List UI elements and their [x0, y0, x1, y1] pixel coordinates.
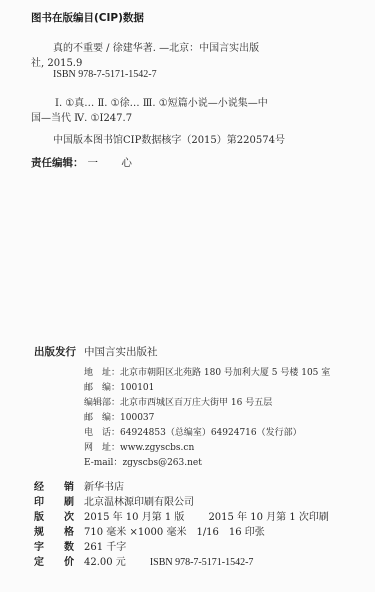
editorial-postcode-label: 邮 编：	[84, 410, 120, 423]
cip-record-number: 中国版本图书馆CIP数据核字（2015）第220574号	[53, 131, 285, 146]
spec-value: 新华书店	[84, 478, 124, 493]
phone-label: 电 话：	[84, 425, 120, 438]
editorial-postcode-value: 100037	[120, 413, 154, 423]
editorial-office-value: 北京市西城区百万庄大街甲 16 号五层	[120, 398, 272, 408]
website-value: www.zgyscbs.cn	[120, 443, 194, 453]
publisher-phone: 电 话：64924853（总编室）64924716（发行部）	[84, 425, 302, 438]
address-value: 北京市朝阳区北苑路 180 号加利大厦 5 号楼 105 室	[120, 368, 330, 378]
address-label: 地 址：	[84, 365, 120, 378]
spec-key: 格	[64, 523, 74, 538]
spec-value: 261 千字	[84, 538, 126, 553]
website-label: 网 址：	[84, 440, 120, 453]
postcode-value: 100101	[120, 383, 154, 393]
word-count-value: 261 千字	[84, 542, 126, 553]
cip-title-line: 真的不重要 / 徐建华著. —北京：中国言实出版	[53, 39, 259, 54]
cip-classification-line-2: 国—当代 Ⅳ. ①I247.7	[31, 109, 132, 124]
price-value: 42.00 元	[84, 557, 126, 568]
spec-key: 定	[34, 553, 44, 568]
publisher-email: E-mail：zgyscbs@263.net	[84, 455, 202, 468]
spec-key: 次	[64, 508, 74, 523]
spec-key: 销	[64, 478, 74, 493]
editor-name: 一 心	[88, 157, 142, 169]
postcode-label: 邮 编：	[84, 380, 120, 393]
email-label: E-mail：	[84, 455, 122, 468]
edition-value: 2015 年 10 月第 1 版	[84, 512, 184, 523]
editorial-postcode: 邮 编：100037	[84, 410, 154, 423]
isbn-value: ISBN 978-7-5171-1542-7	[150, 557, 254, 568]
printing-value: 2015 年 10 月第 1 次印刷	[208, 512, 328, 523]
spec-key: 价	[64, 553, 74, 568]
publisher-address: 地 址：北京市朝阳区北苑路 180 号加利大厦 5 号楼 105 室	[84, 365, 330, 378]
spec-key: 刷	[64, 493, 74, 508]
spec-value: 2015 年 10 月第 1 版2015 年 10 月第 1 次印刷	[84, 508, 329, 523]
publisher-postcode: 邮 编：100101	[84, 380, 154, 393]
editorial-office: 编辑部：北京市西城区百万庄大街甲 16 号五层	[84, 395, 272, 408]
printer-value: 北京温林源印刷有限公司	[84, 497, 194, 508]
spec-value: 710 毫米 ×1000 毫米 1/16 16 印张	[84, 523, 265, 538]
publisher-website: 网 址：www.zgyscbs.cn	[84, 440, 194, 453]
publisher-name: 中国言实出版社	[84, 344, 158, 359]
format-value: 710 毫米 ×1000 毫米 1/16 16 印张	[84, 527, 265, 538]
cip-classification-line: Ⅰ. ①真… Ⅱ. ①徐… Ⅲ. ①短篇小说—小说集—中	[55, 94, 268, 109]
responsible-editor: 责任编辑：一 心	[31, 155, 142, 170]
spec-key: 经	[34, 478, 44, 493]
cip-publisher-line: 社, 2015.9	[31, 54, 82, 69]
spec-value: 42.00 元ISBN 978-7-5171-1542-7	[84, 553, 253, 568]
spec-key: 印	[34, 493, 44, 508]
phone-value: 64924853（总编室）64924716（发行部）	[120, 428, 302, 438]
spec-key: 字	[34, 538, 44, 553]
spec-key: 数	[64, 538, 74, 553]
email-value: zgyscbs@263.net	[122, 458, 201, 468]
editorial-office-label: 编辑部：	[84, 395, 120, 408]
publisher-label: 出版发行	[34, 344, 76, 359]
spec-key: 规	[34, 523, 44, 538]
spec-key: 版	[34, 508, 44, 523]
editor-label: 责任编辑：	[31, 157, 84, 169]
cip-heading: 图书在版编目(CIP)数据	[31, 10, 144, 25]
distributor-value: 新华书店	[84, 482, 124, 493]
cip-isbn-line: ISBN 978-7-5171-1542-7	[53, 69, 157, 80]
spec-value: 北京温林源印刷有限公司	[84, 493, 194, 508]
